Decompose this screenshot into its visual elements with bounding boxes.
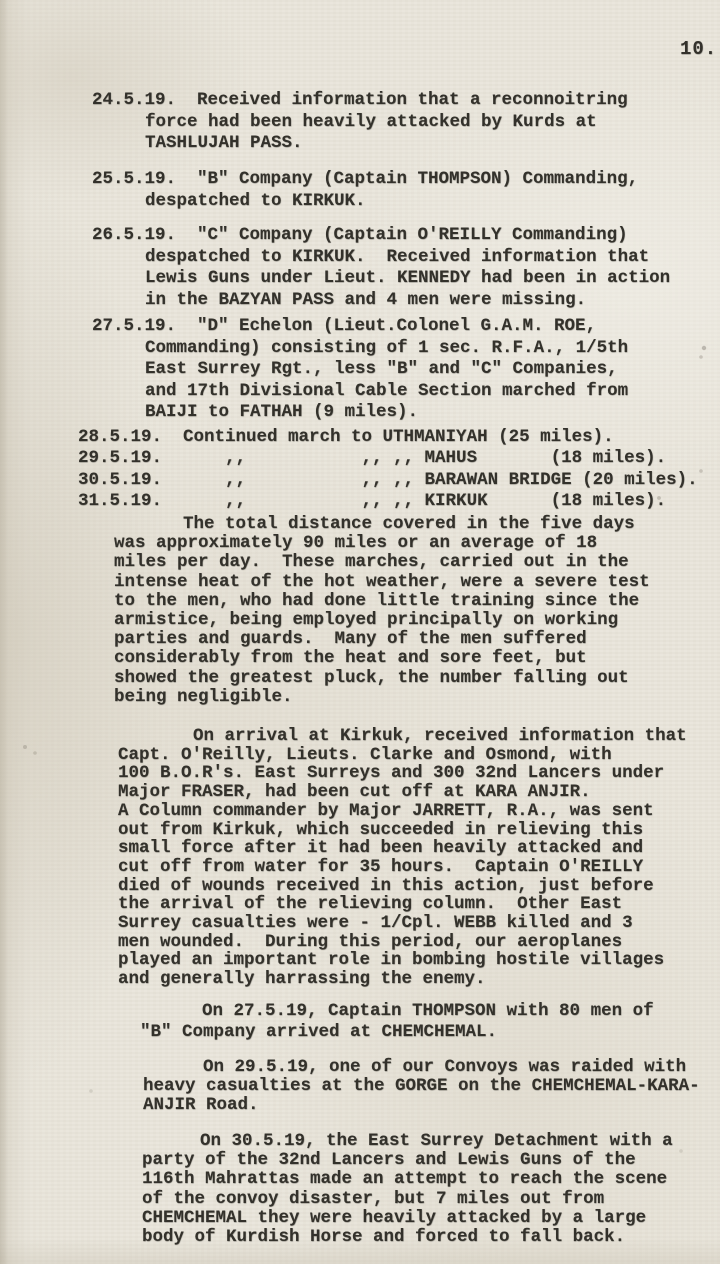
paragraph-kirkuk-relief: On arrival at Kirkuk, received informati… — [118, 727, 687, 989]
text-line: and generally harrassing the enemy. — [118, 970, 687, 989]
text-line: Received information that a reconnoitrin… — [197, 90, 628, 112]
text-line: 28.5.19. Continued march to UTHMANIYAH (… — [78, 427, 698, 448]
text-line: the arrival of the relieving column. Oth… — [118, 895, 687, 914]
text-line: in the BAZYAN PASS and 4 men were missin… — [145, 290, 670, 312]
entry-body: "D" Echelon (Lieut.Colonel G.A.M. ROE,Co… — [145, 316, 628, 424]
text-line: despatched to KIRKUK. — [145, 191, 638, 213]
text-line: "B" Company (Captain THOMPSON) Commandin… — [197, 169, 638, 191]
text-line: was approximately 90 miles or an average… — [114, 534, 650, 553]
text-line: "B" Company arrived at CHEMCHEMAL. — [140, 1022, 654, 1043]
text-line: Surrey casualties were - 1/Cpl. WEBB kil… — [118, 914, 687, 933]
text-line: ANJIR Road. — [143, 1096, 700, 1115]
text-line: out from Kirkuk, which succeeded in reli… — [118, 821, 687, 840]
text-line: BAIJI to FATHAH (9 miles). — [145, 402, 628, 424]
text-line: CHEMCHEMAL they were heavily attacked by… — [142, 1209, 673, 1228]
text-line: died of wounds received in this action, … — [118, 877, 687, 896]
text-line: showed the greatest pluck, the number fa… — [114, 669, 650, 688]
text-line: TASHLUJAH PASS. — [145, 133, 628, 155]
text-line: "D" Echelon (Lieut.Colonel G.A.M. ROE, — [197, 316, 628, 338]
text-line: considerably from the heat and sore feet… — [114, 649, 650, 668]
text-line: despatched to KIRKUK. Received informati… — [145, 247, 670, 269]
paragraph-thompson-chemchemal: On 27.5.19, Captain THOMPSON with 80 men… — [140, 1001, 654, 1043]
text-line: heavy casualties at the GORGE on the CHE… — [143, 1077, 700, 1096]
paragraph-total-distance: The total distance covered in the five d… — [114, 515, 650, 707]
text-line: On 27.5.19, Captain THOMPSON with 80 men… — [202, 1001, 654, 1022]
text-line: 100 B.O.R's. East Surreys and 300 32nd L… — [118, 764, 687, 783]
text-line: On arrival at Kirkuk, received informati… — [193, 727, 687, 746]
text-line: Capt. O'Reilly, Lieuts. Clarke and Osmon… — [118, 746, 687, 765]
text-line: 30.5.19. ,, ,, ,, BARAWAN BRIDGE (20 mil… — [78, 470, 698, 491]
paragraph-convoy-raid: On 29.5.19, one of our Convoys was raide… — [143, 1058, 700, 1115]
text-line: A Column commander by Major JARRETT, R.A… — [118, 802, 687, 821]
document-page: 10. 24.5.19. Received information that a… — [0, 0, 720, 1264]
text-line: The total distance covered in the five d… — [183, 515, 650, 534]
entry-body: "B" Company (Captain THOMPSON) Commandin… — [145, 169, 638, 212]
march-distance-table: 28.5.19. Continued march to UTHMANIYAH (… — [78, 427, 698, 512]
text-line: On 29.5.19, one of our Convoys was raide… — [203, 1058, 700, 1077]
text-line: to the men, who had done little training… — [114, 592, 650, 611]
text-line: body of Kurdish Horse and forced to fall… — [142, 1228, 673, 1247]
text-line: of the convoy disaster, but 7 miles out … — [142, 1190, 673, 1209]
page-number: 10. — [680, 38, 717, 60]
text-line: armistice, being employed principally on… — [114, 611, 650, 630]
entry-body: "C" Company (Captain O'REILLY Commanding… — [145, 225, 670, 311]
text-line: men wounded. During this period, our aer… — [118, 933, 687, 952]
text-line: Lewis Guns under Lieut. KENNEDY had been… — [145, 268, 670, 290]
scan-noise-specks — [0, 0, 2, 2]
text-line: Major FRASER, had been cut off at KARA A… — [118, 783, 687, 802]
text-line: East Surrey Rgt., less "B" and "C" Compa… — [145, 359, 628, 381]
text-line: Commanding) consisting of 1 sec. R.F.A.,… — [145, 338, 628, 360]
text-line: intense heat of the hot weather, were a … — [114, 573, 650, 592]
text-line: parties and guards. Many of the men suff… — [114, 630, 650, 649]
text-line: small force after it had been heavily at… — [118, 839, 687, 858]
text-line: 31.5.19. ,, ,, ,, KIRKUK (18 miles). — [78, 491, 698, 512]
paragraph-relief-attempt: On 30.5.19, the East Surrey Detachment w… — [142, 1132, 673, 1247]
text-line: played an important role in bombing host… — [118, 951, 687, 970]
text-line: party of the 32nd Lancers and Lewis Guns… — [142, 1151, 673, 1170]
entry-body: Received information that a reconnoitrin… — [145, 90, 628, 155]
text-line: force had been heavily attacked by Kurds… — [145, 112, 628, 134]
text-line: 29.5.19. ,, ,, ,, MAHUS (18 miles). — [78, 448, 698, 469]
text-line: being negligible. — [114, 688, 650, 707]
text-line: and 17th Divisional Cable Section marche… — [145, 381, 628, 403]
text-line: On 30.5.19, the East Surrey Detachment w… — [200, 1132, 673, 1151]
text-line: cut off from water for 35 hours. Captain… — [118, 858, 687, 877]
text-line: 116th Mahrattas made an attempt to reach… — [142, 1170, 673, 1189]
text-line: miles per day. These marches, carried ou… — [114, 553, 650, 572]
text-line: "C" Company (Captain O'REILLY Commanding… — [197, 225, 670, 247]
